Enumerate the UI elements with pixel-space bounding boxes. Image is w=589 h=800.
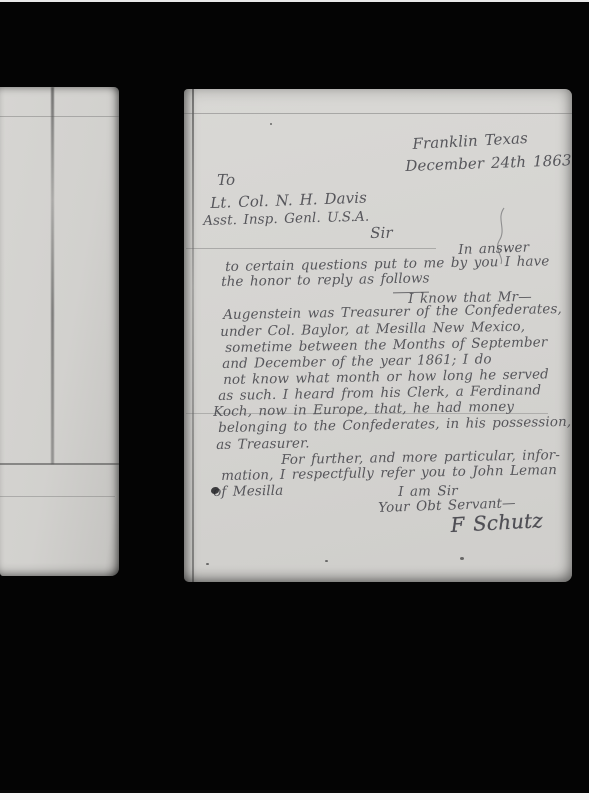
- body-line: mation, I respectfully refer you to John…: [221, 462, 557, 484]
- ink-speck: [325, 560, 328, 562]
- horizontal-crease: [186, 248, 436, 249]
- address-recipient-title: Asst. Insp. Genl. U.S.A.: [203, 209, 369, 229]
- vertical-fold-crease: [51, 87, 54, 464]
- ink-speck: [270, 123, 272, 125]
- scanned-letter-image: Franklin Texas December 24th 1863 To Lt.…: [0, 0, 589, 800]
- left-fold-edge: [192, 89, 194, 582]
- ink-speck: [460, 557, 464, 560]
- horizontal-crease: [0, 496, 115, 497]
- horizontal-crease: [0, 463, 119, 465]
- left-partial-page: [0, 87, 119, 576]
- dateline-date: December 24th 1863: [405, 151, 572, 175]
- signature: F Schutz: [450, 508, 543, 537]
- horizontal-crease: [184, 113, 572, 114]
- ink-speck: [505, 249, 507, 251]
- scan-bottom-edge: [0, 793, 589, 800]
- letter-page: Franklin Texas December 24th 1863 To Lt.…: [184, 89, 572, 582]
- ink-speck: [206, 563, 209, 565]
- body-line: of Mesilla: [213, 483, 283, 500]
- body-line: the honor to reply as follows: [221, 270, 430, 290]
- address-to: To: [217, 171, 235, 189]
- horizontal-crease: [0, 116, 119, 117]
- dateline-place: Franklin Texas: [412, 129, 528, 153]
- scan-top-edge: [0, 0, 589, 2]
- body-line: as Treasurer.: [216, 435, 310, 453]
- salutation: Sir: [370, 224, 393, 242]
